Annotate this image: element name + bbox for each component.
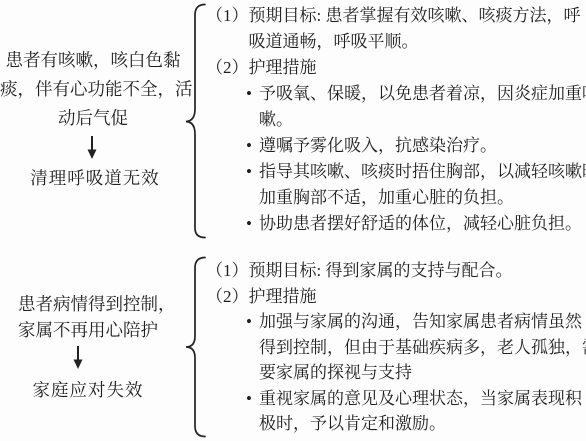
measure-line: 指导其咳嗽、咳痰时捂住胸部，以减轻咳嗽时 [259, 159, 586, 185]
goal-line: 预期目标: 得到家属的支持与配合。 [249, 258, 586, 284]
assessment-line: 患者有咳嗽，咳白色黏 [0, 46, 186, 75]
measures-title: 护理措施 [249, 55, 586, 81]
bullet-icon: • [246, 81, 259, 133]
measure-line: 协助患者摆好舒适的体位，减轻心脏负担。 [259, 211, 586, 237]
care-plan-1: （1） 预期目标: 患者掌握有效咳嗽、咳痰方法，呼 吸道通畅，呼吸平顺。 （2）… [206, 3, 586, 237]
nursing-diagnosis-1: 清理呼吸道无效 [0, 164, 190, 193]
assessment-line: 家属不再用心陪护 [18, 317, 176, 343]
bullet-icon: • [246, 133, 259, 159]
curly-brace-icon [184, 3, 208, 239]
measure-line: 重视家属的意见及心理状态，当家属表现积 [259, 386, 586, 412]
measure-line: 加重胸部不适，加重心脏的负担。 [259, 185, 586, 211]
expected-goal: （1） 预期目标: 得到家属的支持与配合。 [206, 258, 586, 284]
bullet-icon: • [246, 386, 259, 437]
measure-item: • 遵嘱予雾化吸入，抗感染治疗。 [206, 133, 586, 159]
measure-line: 极时，予以肯定和激励。 [259, 411, 586, 437]
assessment-text-2: 患者病情得到控制， 家属不再用心陪护 [18, 291, 176, 343]
measure-line: 加强与家属的沟通，告知家属患者病情虽然 [259, 309, 586, 335]
nursing-diagnosis-2: 家庭应对失效 [0, 377, 176, 403]
measures-title: 护理措施 [249, 284, 586, 310]
item-number: （2） [206, 284, 249, 310]
goal-line: 预期目标: 患者掌握有效咳嗽、咳痰方法，呼 [249, 3, 586, 29]
measure-item: • 指导其咳嗽、咳痰时捂住胸部，以减轻咳嗽时 加重胸部不适，加重心脏的负担。 [206, 159, 586, 211]
down-arrow-icon [84, 136, 100, 160]
bullet-icon: • [246, 211, 259, 237]
item-number: （1） [206, 258, 249, 284]
item-number: （2） [206, 55, 249, 81]
assessment-line: 患者病情得到控制， [18, 291, 176, 317]
bullet-icon: • [246, 309, 259, 386]
measure-item: • 加强与家属的沟通，告知家属患者病情虽然 得到控制，但由于基础疾病多，老人孤独… [206, 309, 586, 386]
expected-goal: （1） 预期目标: 患者掌握有效咳嗽、咳痰方法，呼 吸道通畅，呼吸平顺。 [206, 3, 586, 55]
measure-line: 嗽。 [259, 107, 586, 133]
measure-line: 要家属的探视与支持 [259, 360, 586, 386]
measure-line: 遵嘱予雾化吸入，抗感染治疗。 [259, 133, 586, 159]
nursing-measures-heading: （2） 护理措施 [206, 55, 586, 81]
measure-item: • 协助患者摆好舒适的体位，减轻心脏负担。 [206, 211, 586, 237]
measure-item: • 予吸氧、保暖，以免患者着凉，因炎症加重咳 嗽。 [206, 81, 586, 133]
measure-item: • 重视家属的意见及心理状态，当家属表现积 极时，予以肯定和激励。 [206, 386, 586, 437]
assessment-line: 痰，伴有心功能不全，活 [0, 75, 186, 104]
measure-line: 予吸氧、保暖，以免患者着凉，因炎症加重咳 [259, 81, 586, 107]
nursing-measures-heading: （2） 护理措施 [206, 284, 586, 310]
down-arrow-icon [70, 346, 86, 370]
bullet-icon: • [246, 159, 259, 211]
assessment-text-1: 患者有咳嗽，咳白色黏 痰，伴有心功能不全，活 动后气促 [0, 46, 186, 133]
measure-line: 得到控制，但由于基础疾病多，老人孤独，需 [259, 335, 586, 361]
goal-line: 吸道通畅，呼吸平顺。 [249, 29, 586, 55]
curly-brace-icon [184, 256, 208, 438]
care-plan-2: （1） 预期目标: 得到家属的支持与配合。 （2） 护理措施 • 加强与家属的沟… [206, 258, 586, 437]
item-number: （1） [206, 3, 249, 55]
nursing-plan-diagram: 患者有咳嗽，咳白色黏 痰，伴有心功能不全，活 动后气促 清理呼吸道无效 （1） … [0, 0, 586, 441]
assessment-line: 动后气促 [0, 104, 186, 133]
